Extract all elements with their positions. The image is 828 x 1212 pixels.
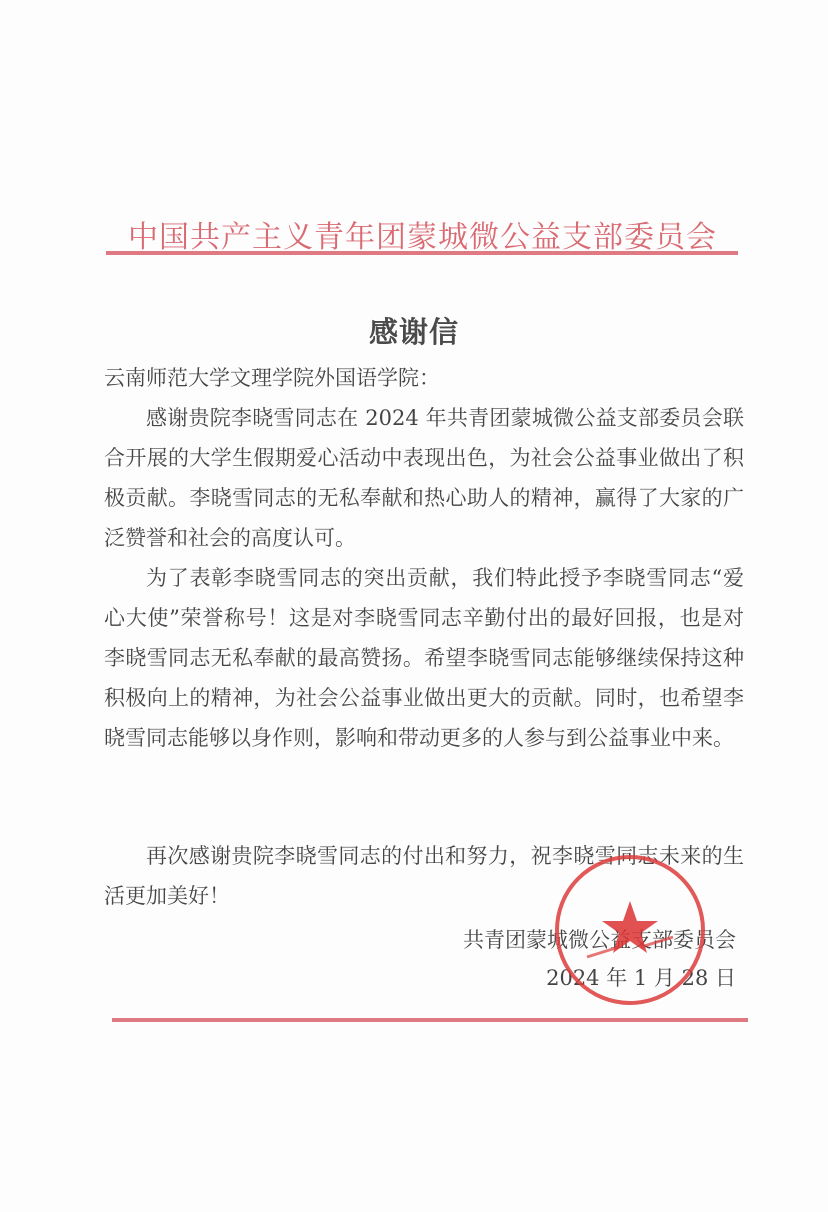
paragraph-1: 感谢贵院李晓雪同志在 2024 年共青团蒙城微公益支部委员会联合开展的大学生假期…	[104, 398, 744, 558]
letterhead-divider	[106, 251, 738, 255]
official-seal	[555, 855, 705, 1005]
footer-divider	[112, 1018, 748, 1022]
paragraph-2: 为了表彰李晓雪同志的突出贡献，我们特此授予李晓雪同志“爱心大使”荣誉称号！这是对…	[104, 558, 744, 758]
document-title: 感谢信	[0, 310, 828, 351]
letterhead-organization: 中国共产主义青年团蒙城微公益支部委员会	[128, 212, 748, 256]
salutation: 云南师范大学文理学院外国语学院：	[104, 358, 744, 398]
star-icon	[559, 859, 701, 1001]
